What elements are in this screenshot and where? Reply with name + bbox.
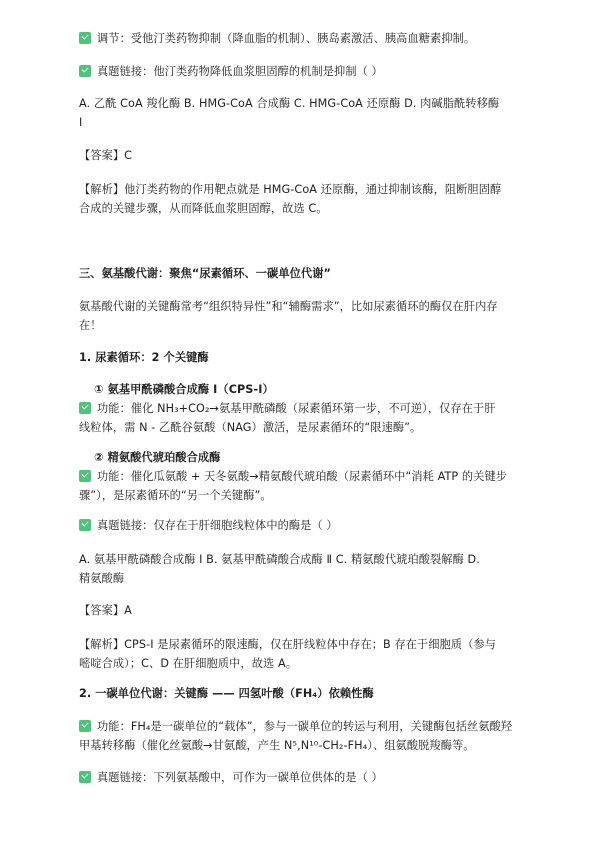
exam-link-2: 真题链接：仅存在于肝细胞线粒体中的酶是（ ） — [79, 516, 519, 535]
enzyme-2-function: 功能：催化瓜氨酸 + 天冬氨酸→精氨酸代琥珀酸（尿素循环中“消耗 ATP 的关键… — [79, 467, 519, 505]
line: Ⅰ — [79, 113, 519, 132]
answer-2: 【答案】A — [79, 601, 519, 620]
section-heading-3: 三、氨基酸代谢：聚焦“尿素循环、一碳单位代谢” — [79, 264, 519, 283]
check-icon — [79, 771, 91, 783]
analysis-1: 【解析】他汀类药物的作用靶点就是 HMG-CoA 还原酶，通过抑制该酶，阻断胆固… — [79, 180, 519, 218]
line: 嘧啶合成）；C、D 在肝细胞质中，故选 A。 — [79, 654, 519, 673]
line: 【解析】他汀类药物的作用靶点就是 HMG-CoA 还原酶，通过抑制该酶，阻断胆固… — [79, 180, 519, 199]
text: 真题链接：他汀类药物降低血浆胆固醇的机制是抑制（ ） — [97, 65, 383, 78]
enzyme-1-function: 功能：催化 NH₃+CO₂→氨基甲酰磷酸（尿素循环第一步，不可逆），仅存在于肝线… — [79, 399, 519, 437]
line: 线粒体，需 N - 乙酰谷氨酸（NAG）激活，是尿素循环的“限速酶”。 — [79, 418, 519, 437]
check-icon — [79, 65, 91, 77]
one-carbon-function: 功能：FH₄是一碳单位的“载体”，参与一碳单位的转运与利用，关键酶包括丝氨酸羟甲… — [79, 717, 519, 755]
check-icon — [79, 470, 91, 482]
text: 真题链接：仅存在于肝细胞线粒体中的酶是（ ） — [97, 519, 338, 532]
enzyme-2-title: ② 精氨酸代琥珀酸合成酶 — [79, 448, 534, 467]
line: 功能：催化瓜氨酸 + 天冬氨酸→精氨酸代琥珀酸（尿素循环中“消耗 ATP 的关键… — [97, 470, 507, 483]
enzyme-1-title: ① 氨基甲酰磷酸合成酶 Ⅰ（CPS-Ⅰ） — [79, 380, 534, 399]
line: 功能：催化 NH₃+CO₂→氨基甲酰磷酸（尿素循环第一步，不可逆），仅存在于肝 — [97, 402, 496, 415]
check-icon — [79, 32, 91, 44]
exam-link-1: 真题链接：他汀类药物降低血浆胆固醇的机制是抑制（ ） — [79, 62, 519, 81]
line: 甲基转移酶（催化丝氨酸→甘氨酸，产生 N⁵,N¹⁰-CH₂-FH₄）、组氨酸脱羧… — [79, 736, 519, 755]
line: 精氨酸酶 — [79, 569, 519, 588]
options-2: A. 氨基甲酰磷酸合成酶 Ⅰ B. 氨基甲酰磷酸合成酶 Ⅱ C. 精氨酸代琥珀酸… — [79, 550, 519, 588]
options-1: A. 乙酰 CoA 羧化酶 B. HMG-CoA 合成酶 C. HMG-CoA … — [79, 94, 519, 132]
check-icon — [79, 720, 91, 732]
line: 氨基酸代谢的关键酶常考“组织特异性”和“辅酶需求”，比如尿素循环的酶仅在肝内存 — [79, 297, 519, 316]
line: 【解析】CPS-Ⅰ 是尿素循环的限速酶，仅在肝线粒体中存在；B 存在于细胞质（参… — [79, 635, 519, 654]
line: 骤”），是尿素循环的“另一个关键酶”。 — [79, 486, 519, 505]
subheading-urea-cycle: 1. 尿素循环：2 个关键酶 — [79, 348, 519, 367]
section-intro: 氨基酸代谢的关键酶常考“组织特异性”和“辅酶需求”，比如尿素循环的酶仅在肝内存在… — [79, 297, 519, 335]
line: 功能：FH₄是一碳单位的“载体”，参与一碳单位的转运与利用，关键酶包括丝氨酸羟 — [97, 720, 512, 733]
exam-link-3: 真题链接：下列氨基酸中，可作为一碳单位供体的是（ ） — [79, 768, 519, 787]
answer-1: 【答案】C — [79, 146, 519, 165]
line: A. 乙酰 CoA 羧化酶 B. HMG-CoA 合成酶 C. HMG-CoA … — [79, 94, 519, 113]
check-icon — [79, 402, 91, 414]
line: A. 氨基甲酰磷酸合成酶 Ⅰ B. 氨基甲酰磷酸合成酶 Ⅱ C. 精氨酸代琥珀酸… — [79, 550, 519, 569]
regulation-note: 调节：受他汀类药物抑制（降血脂的机制）、胰岛素激活、胰高血糖素抑制。 — [79, 29, 519, 48]
text: 真题链接：下列氨基酸中，可作为一碳单位供体的是（ ） — [97, 771, 383, 784]
line: 在！ — [79, 316, 519, 335]
subheading-one-carbon: 2. 一碳单位代谢：关键酶 —— 四氢叶酸（FH₄）依赖性酶 — [79, 684, 519, 703]
line: 合成的关键步骤，从而降低血浆胆固醇，故选 C。 — [79, 199, 519, 218]
check-icon — [79, 519, 91, 531]
analysis-2: 【解析】CPS-Ⅰ 是尿素循环的限速酶，仅在肝线粒体中存在；B 存在于细胞质（参… — [79, 635, 519, 673]
text: 调节：受他汀类药物抑制（降血脂的机制）、胰岛素激活、胰高血糖素抑制。 — [97, 32, 475, 45]
